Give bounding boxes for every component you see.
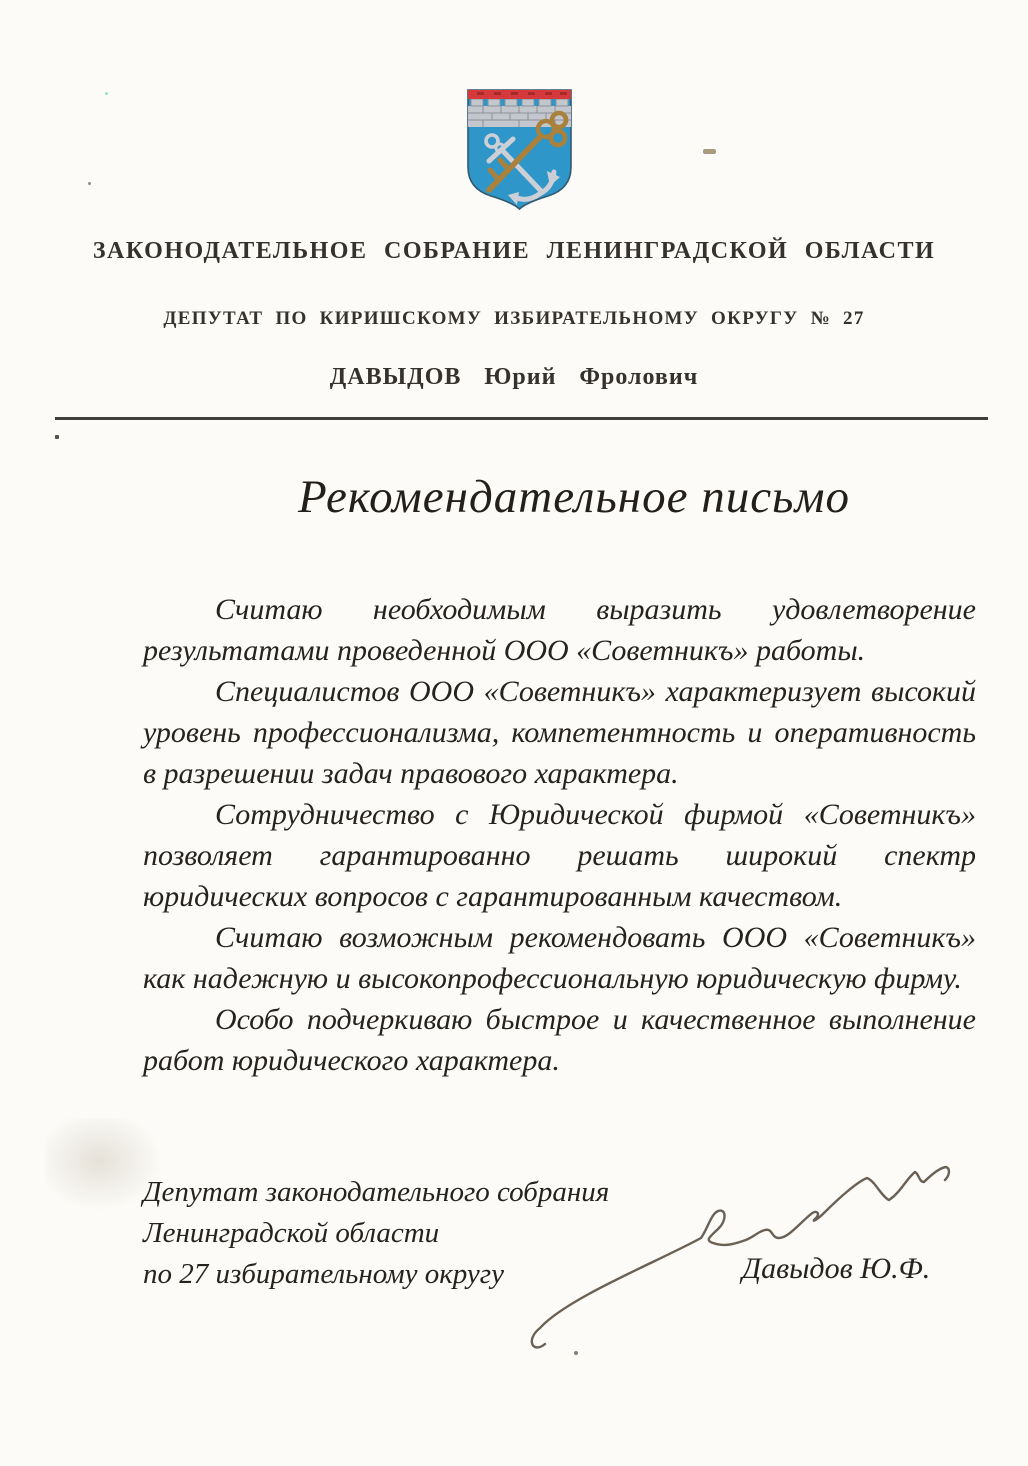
scan-artifact-dot [55,435,59,439]
letter-body: Считаю необходимым выразить удовлетворен… [143,589,976,1081]
scan-artifact-dash [703,149,716,154]
organization-title: ЗАКОНОДАТЕЛЬНОЕ СОБРАНИЕ ЛЕНИНГРАДСКОЙ О… [0,238,1028,265]
scan-artifact-speck [88,182,91,185]
paragraph-1: Считаю необходимым выразить удовлетворен… [143,589,976,671]
letter-title: Рекомендательное письмо [60,470,1028,524]
paragraph-2: Специалистов ООО «Советникъ» характеризу… [143,671,976,794]
handwritten-signature [505,1148,965,1360]
deputy-district-line: ДЕПУТАТ ПО КИРИШСКОМУ ИЗБИРАТЕЛЬНОМУ ОКР… [0,308,1028,330]
leningrad-oblast-coat-of-arms-icon [463,87,576,212]
paragraph-5: Особо подчеркиваю быстрое и качественное… [143,999,976,1081]
paragraph-4: Считаю возможным рекомендовать ООО «Сове… [143,917,976,999]
scanned-letter-page: ЗАКОНОДАТЕЛЬНОЕ СОБРАНИЕ ЛЕНИНГРАДСКОЙ О… [0,0,1028,1466]
scan-artifact-speck [105,92,108,95]
paragraph-3: Сотрудничество с Юридической фирмой «Сов… [143,794,976,917]
header-divider-rule [55,417,988,420]
deputy-name-line: ДАВЫДОВ Юрий Фролович [0,364,1028,391]
